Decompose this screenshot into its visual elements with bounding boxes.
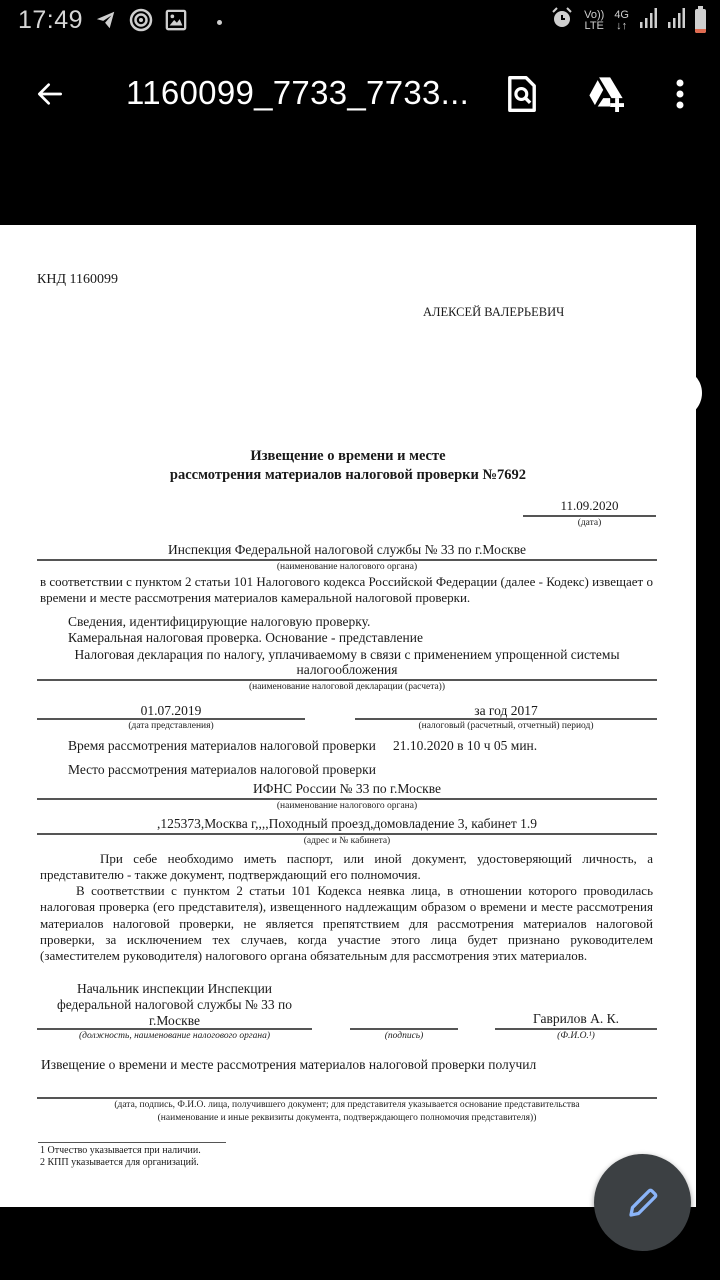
signer-position-line-3: г.Москве (37, 1013, 312, 1029)
review-place-label: Место рассмотрения материалов налоговой … (68, 762, 376, 778)
volte-icon: Vo)) LTE (584, 10, 604, 32)
sync-icon (129, 8, 153, 37)
signature-caption: (подпись) (350, 1031, 458, 1042)
alarm-icon (550, 6, 574, 35)
find-in-page-icon (505, 75, 539, 113)
info-heading: Сведения, идентифицирующие налоговую про… (68, 614, 370, 630)
app-bar: 1160099_7733_7733... (0, 44, 720, 144)
address: ,125373,Москва г,,,,Походный проезд,домо… (37, 816, 657, 832)
paragraph-absence: В соответствии с пунктом 2 статьи 101 Ко… (40, 883, 653, 964)
document-page[interactable]: КНД 1160099 АЛЕКСЕЙ ВАЛЕРЬЕВИЧ Извещение… (0, 225, 696, 1207)
paragraph-documents: При себе необходимо иметь паспорт, или и… (40, 851, 653, 884)
tax-period-rule (355, 718, 657, 720)
telegram-icon (95, 9, 117, 36)
tax-period: за год 2017 (355, 703, 657, 719)
footnote-1: 1 Отчество указывается при наличии. (40, 1145, 201, 1157)
knd-code: КНД 1160099 (37, 272, 118, 288)
signer-position-caption: (должность, наименование налогового орга… (37, 1031, 312, 1042)
status-time: 17:49 (18, 6, 83, 35)
submission-date-rule (37, 718, 305, 720)
date-caption: (дата) (523, 518, 656, 529)
received-caption-line-2: (наименование и иные реквизиты документа… (37, 1113, 657, 1124)
arrow-back-icon (34, 78, 66, 110)
signer-name-caption: (Ф.И.О.¹) (495, 1031, 657, 1042)
signer-position-rule (37, 1028, 312, 1030)
submission-date-caption: (дата представления) (37, 721, 305, 732)
date-rule (523, 515, 656, 517)
tax-period-caption: (налоговый (расчетный, отчетный) период) (355, 721, 657, 732)
document-title: 1160099_7733_7733... (126, 74, 469, 112)
declaration-caption: (наименование налоговой декларации (расч… (37, 682, 657, 693)
signer-position-line-1: Начальник инспекции Инспекции (37, 981, 312, 997)
notification-icons (95, 8, 222, 37)
edit-fab-button[interactable] (594, 1154, 691, 1251)
system-icons: Vo)) LTE 4G ↓↑ (550, 6, 706, 35)
received-text: Извещение о времени и месте рассмотрения… (41, 1057, 536, 1073)
declaration-line-2: налогообложения (37, 662, 657, 678)
address-rule (37, 833, 657, 835)
find-in-page-button[interactable] (498, 70, 546, 118)
add-to-drive-button[interactable] (582, 70, 630, 118)
recipient-name: АЛЕКСЕЙ ВАЛЕРЬЕВИЧ (423, 304, 564, 320)
authority-caption: (наименование налогового органа) (37, 562, 657, 573)
footnote-rule (38, 1142, 226, 1143)
audit-type: Камеральная налоговая проверка. Основани… (68, 630, 423, 646)
document-date: 11.09.2020 (523, 498, 656, 514)
4g-icon: 4G ↓↑ (614, 10, 629, 32)
review-place-rule (37, 798, 657, 800)
battery-icon (695, 9, 706, 33)
review-place-caption: (наименование налогового органа) (37, 801, 657, 812)
tax-authority: Инспекция Федеральной налоговой службы №… (37, 542, 657, 558)
review-time-label: Время рассмотрения материалов налоговой … (68, 738, 376, 754)
declaration-rule (37, 679, 657, 681)
gallery-icon (165, 9, 187, 36)
edit-pencil-icon (625, 1185, 661, 1221)
signer-position-line-2: федеральной налоговой службы № 33 по (37, 997, 312, 1013)
signer-name-rule (495, 1028, 657, 1030)
authority-rule (37, 559, 657, 561)
signer-name: Гаврилов А. К. (495, 1011, 657, 1027)
received-caption-line-1: (дата, подпись, Ф.И.О. лица, получившего… (37, 1100, 657, 1111)
signature-rule (350, 1028, 458, 1030)
dot-icon (217, 20, 222, 25)
review-time-value: 21.10.2020 в 10 ч 05 мин. (393, 738, 537, 754)
more-options-button[interactable] (656, 70, 704, 118)
intro-text: в соответствии с пунктом 2 статьи 101 На… (40, 574, 653, 607)
signal-icon (639, 7, 657, 34)
fast-scroll-handle[interactable] (672, 368, 702, 418)
more-vert-icon (674, 78, 686, 110)
back-button[interactable] (28, 72, 72, 116)
signal-icon (667, 7, 685, 34)
add-to-drive-icon (586, 76, 626, 112)
footnote-2: 2 КПП указывается для организаций. (40, 1157, 199, 1169)
received-rule (37, 1097, 657, 1099)
declaration-line-1: Налоговая декларация по налогу, уплачива… (37, 647, 657, 663)
title-line-2: рассмотрения материалов налоговой провер… (0, 467, 696, 483)
title-line-1: Извещение о времени и месте (0, 448, 696, 464)
submission-date: 01.07.2019 (37, 703, 305, 719)
review-place-authority: ИФНС России № 33 по г.Москве (37, 781, 657, 797)
status-bar: 17:49 Vo)) LTE 4G ↓↑ (0, 0, 720, 44)
address-caption: (адрес и № кабинета) (37, 836, 657, 847)
